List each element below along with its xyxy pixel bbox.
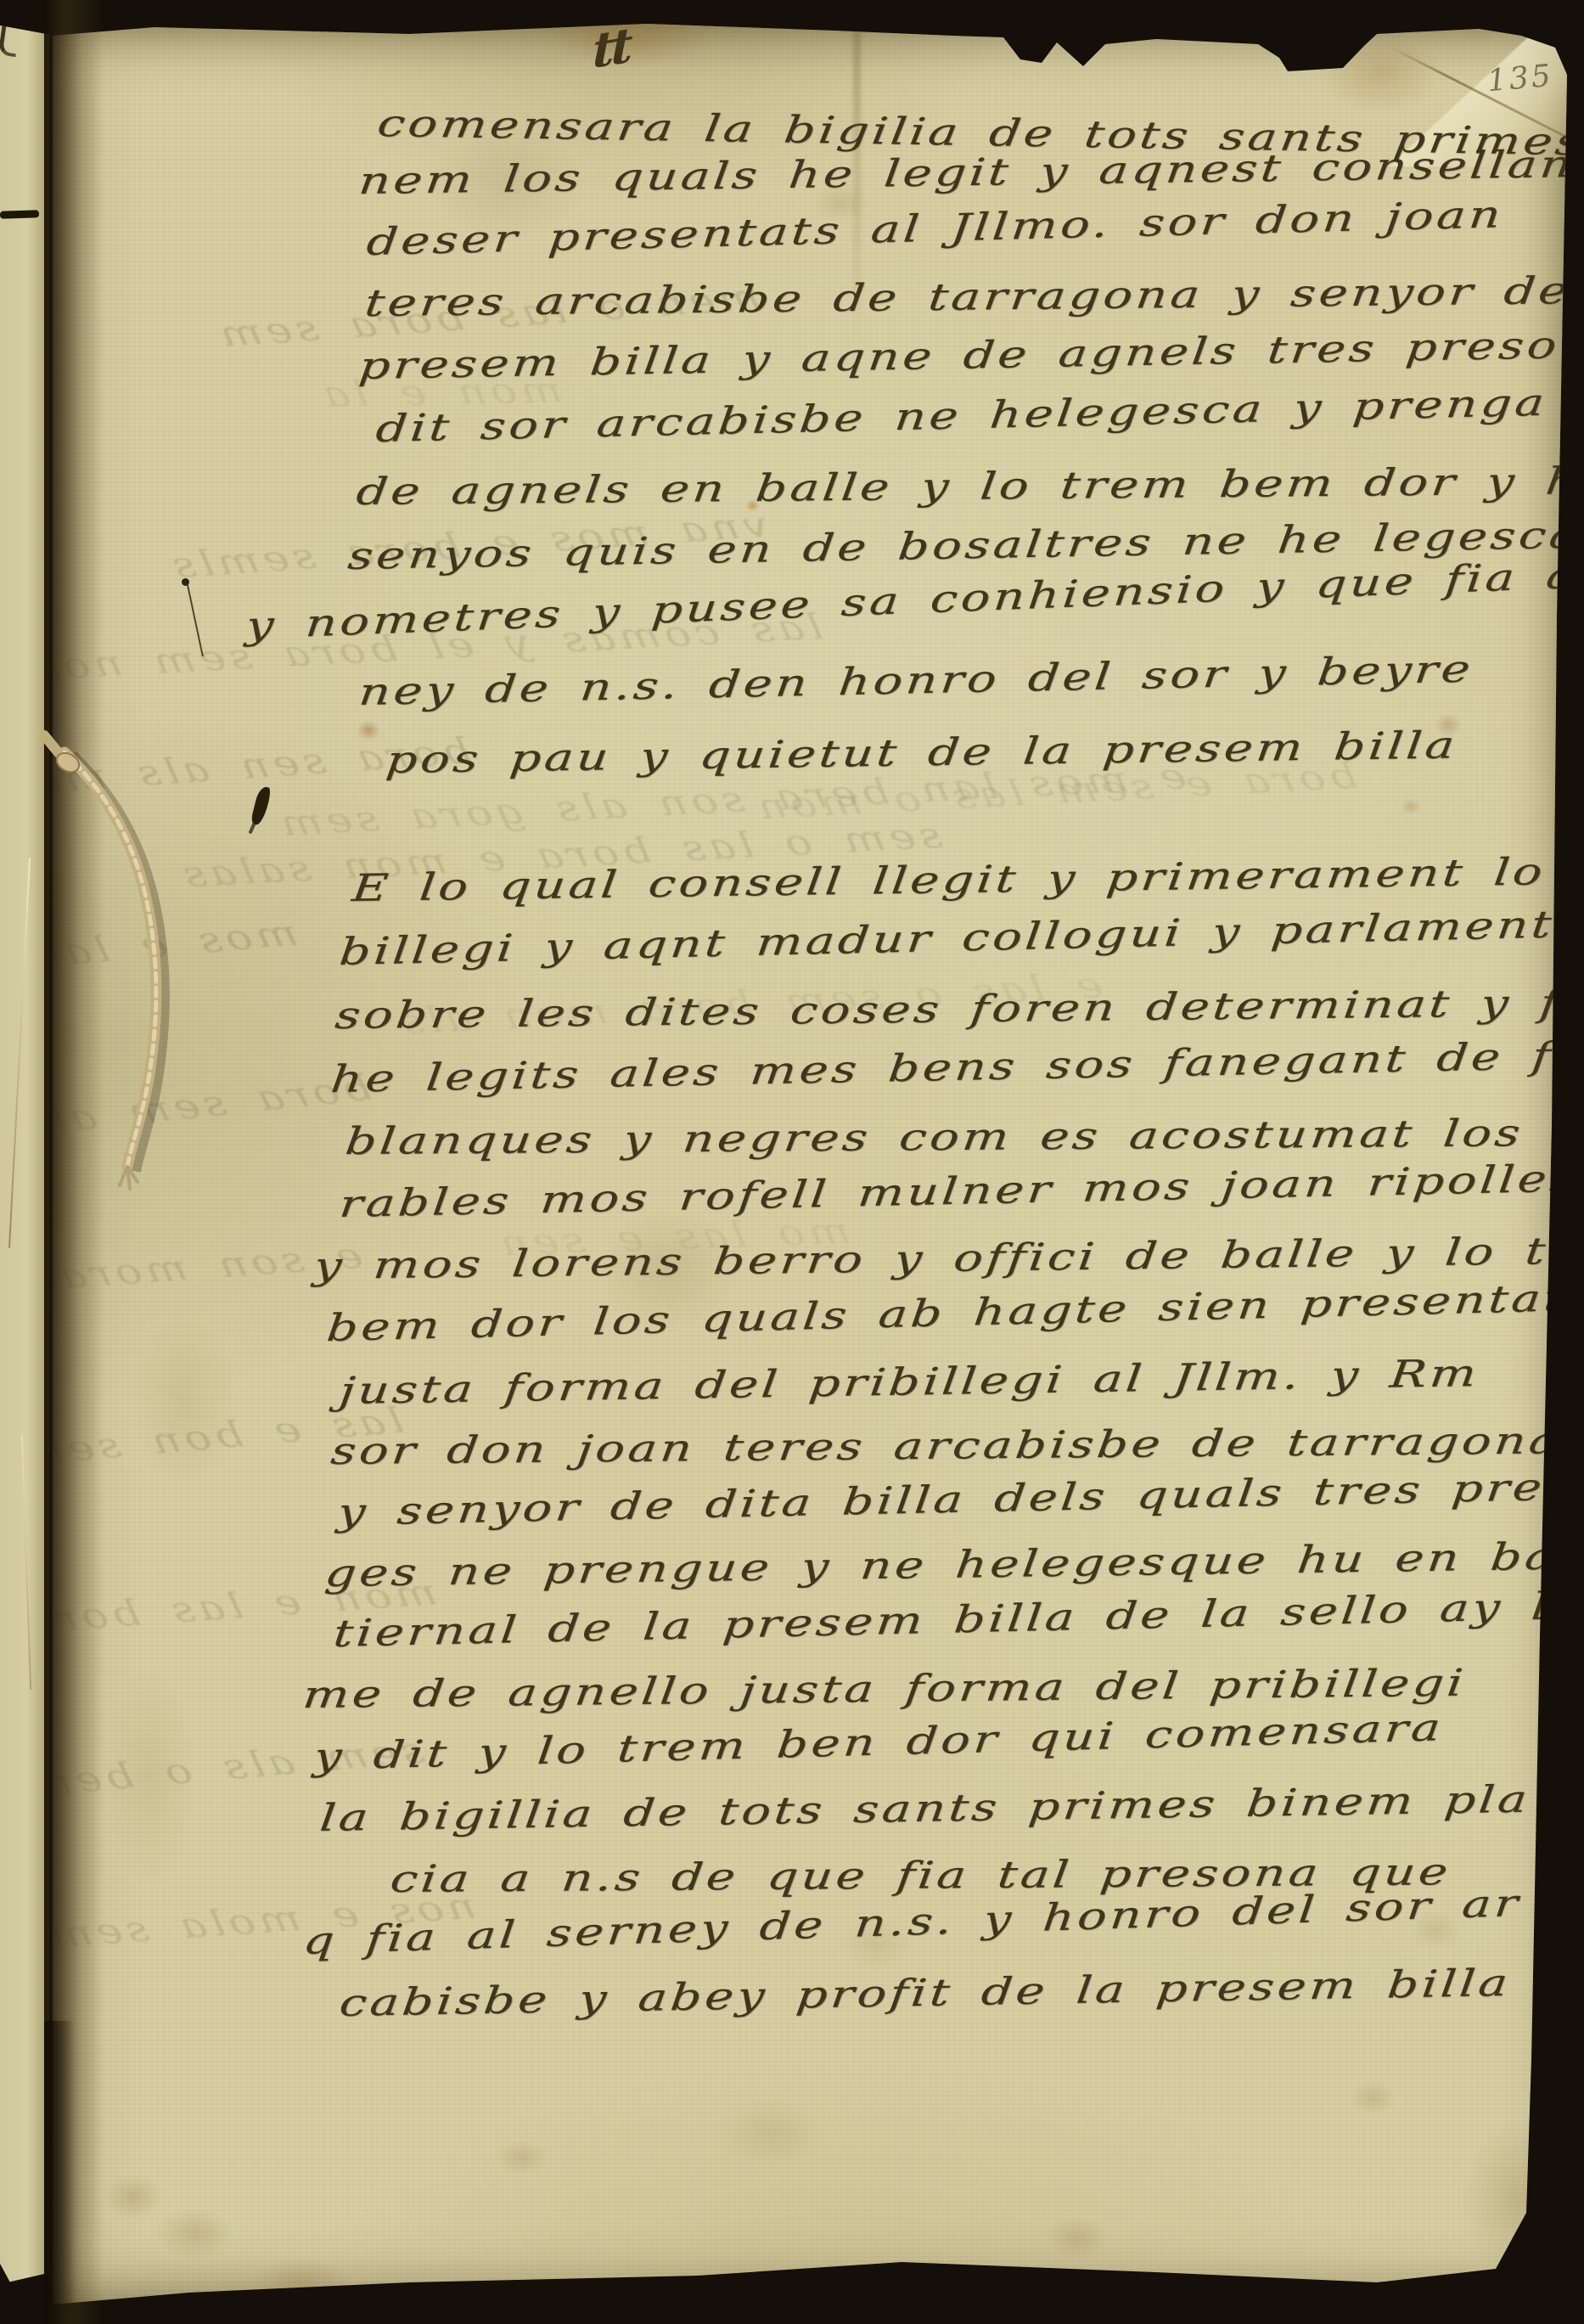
- handwriting-line: ges ne prengue y ne helegesque hu en bal…: [323, 1534, 1584, 1595]
- paper-crack: [21, 1435, 31, 1690]
- foxing-stain: [1401, 798, 1421, 815]
- previous-page-sliver: [0, 25, 49, 2291]
- foxing-stain: [1046, 2216, 1109, 2260]
- handwriting-line: rables mos rofell mulner mos joan ripoll…: [337, 1156, 1580, 1226]
- foxing-stain: [248, 2259, 354, 2303]
- handwriting-line: nem los quals he legit y aqnest consella…: [357, 143, 1577, 203]
- foxing-stain: [545, 7, 715, 66]
- ink-blot: [250, 785, 272, 826]
- foxing-stain: [154, 2208, 235, 2260]
- binding-gutter-shadow: [44, 0, 104, 2324]
- handwriting-line: cabisbe y abey profit de la presem billa: [337, 1961, 1513, 2025]
- handwriting-line: sor don joan teres arcabisbe de tarragon…: [329, 1419, 1564, 1473]
- handwriting-line: he legits ales mes bens sos fanegant de …: [329, 1032, 1584, 1101]
- handwriting-line: la bigillia de tots sants primes binem p…: [317, 1778, 1532, 1840]
- handwriting-line: sobre les dites coses foren determinat y…: [333, 980, 1584, 1038]
- ink-dash-mark: [0, 210, 39, 219]
- handwriting-line: blanques y negres com es acostumat los h…: [343, 1111, 1584, 1163]
- handwriting-line: teres arcabisbe de tarragona y senyor de…: [362, 268, 1584, 325]
- foxing-stain: [494, 2140, 549, 2175]
- handwriting-line: de agnels en balle y lo trem bem dor y h…: [354, 459, 1584, 514]
- folio-number: 135: [1486, 59, 1554, 99]
- handwriting-line: tiernal de la presem billa de la sello a…: [331, 1584, 1584, 1656]
- handwriting-line: deser presentats al Jllmo. sor don joan: [364, 193, 1505, 264]
- handwriting-line: bem dor los quals ab hagte sien presenta…: [324, 1275, 1584, 1350]
- manuscript-page: men o las bora semmon e lavna mos e bora…: [53, 22, 1572, 2304]
- binding-gutter-shadow-bottom: [44, 2021, 75, 2324]
- foxing-stain: [104, 2174, 163, 2220]
- paper-crack: [8, 858, 31, 1247]
- handwriting-line: billegi y aqnt madur collogui y parlamen…: [337, 903, 1556, 974]
- foxing-stain: [129, 1313, 239, 1491]
- photographed-manuscript-scene: men o las bora semmon e lavna mos e bora…: [0, 0, 1584, 2324]
- foxing-stain: [1350, 2080, 1396, 2116]
- handwriting-line: me de agnello justa forma del pribillegi: [301, 1662, 1469, 1717]
- ink-speck: [182, 578, 189, 586]
- foxing-stain: [1462, 2119, 1572, 2281]
- handwriting-line: y senyor de dita billa dels quals tres p…: [335, 1462, 1584, 1534]
- handwriting-line: y dit y lo trem ben dor qui comensara: [312, 1706, 1446, 1779]
- insertion-mark: tt: [593, 17, 630, 80]
- handwriting-line: justa forma del pribillegi al Jllm. y Rm: [337, 1352, 1481, 1413]
- foxing-stain: [715, 2097, 825, 2169]
- ink-curl-mark: [0, 25, 20, 58]
